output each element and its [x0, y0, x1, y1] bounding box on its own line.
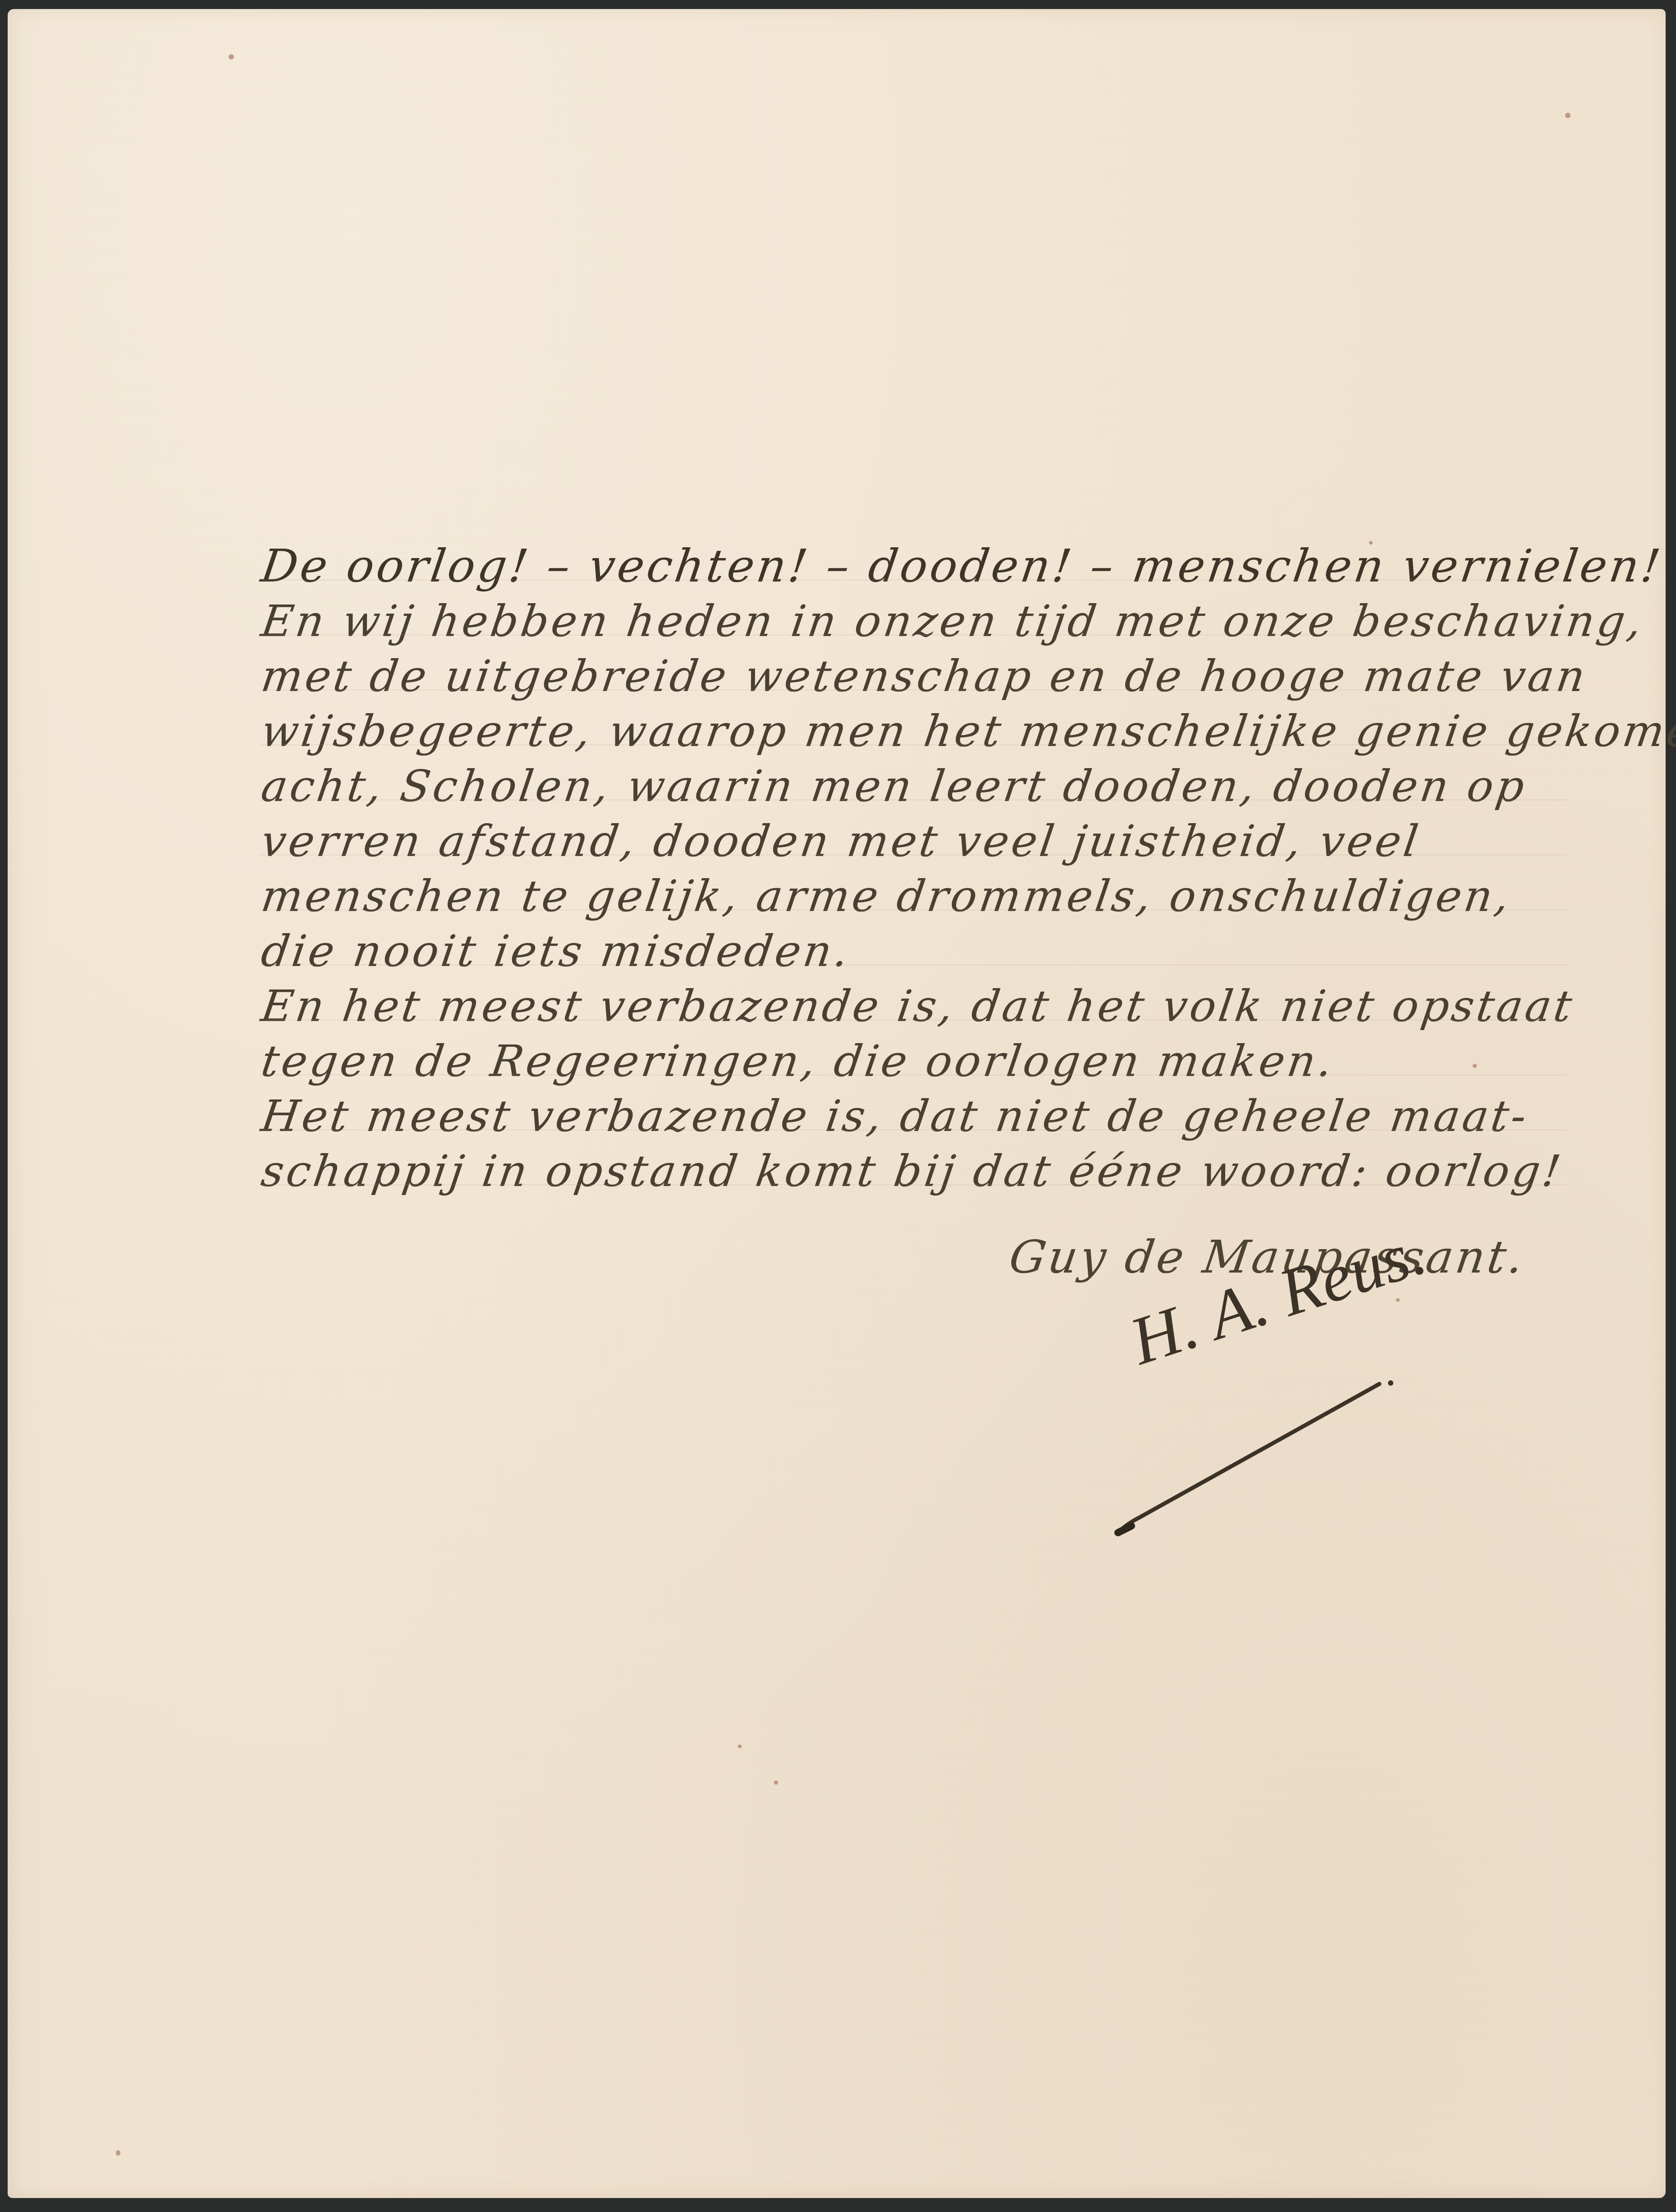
text-line-12: schappij in opstand komt bij dat ééne wo…	[258, 1144, 1573, 1199]
line-text: schappij in opstand komt bij dat ééne wo…	[258, 1146, 1566, 1196]
text-line-9: En het meest verbazende is, dat het volk…	[258, 979, 1573, 1034]
signature-underline-flourish-icon	[1113, 1375, 1402, 1537]
ruled-line	[260, 1020, 1567, 1020]
text-line-3: met de uitgebreide wetenschap en de hoog…	[258, 649, 1573, 704]
line-text: verren afstand, dooden met veel juisthei…	[258, 816, 1424, 866]
text-line-6: verren afstand, dooden met veel juisthei…	[258, 814, 1573, 869]
foxing-spot	[1396, 1298, 1400, 1302]
line-text: met de uitgebreide wetenschap en de hoog…	[258, 651, 1591, 701]
text-line-7: menschen te gelijk, arme drommels, onsch…	[258, 869, 1573, 924]
text-line-10: tegen de Regeeringen, die oorlogen maken…	[258, 1034, 1573, 1089]
line-text: acht, Scholen, waarin men leert dooden, …	[258, 761, 1530, 811]
line-text: die nooit iets misdeden.	[258, 926, 854, 976]
ruled-line	[260, 910, 1567, 910]
foxing-spot	[116, 2150, 120, 2156]
foxing-spot	[1565, 113, 1571, 118]
ruled-line	[260, 690, 1567, 690]
ruled-line	[260, 1075, 1567, 1075]
text-line-4: wijsbegeerte, waarop men het menschelijk…	[258, 704, 1573, 759]
ruled-line	[260, 635, 1567, 635]
ruled-line	[260, 1185, 1567, 1185]
text-line-2: En wij hebben heden in onzen tijd met on…	[258, 594, 1573, 649]
line-text: Het meest verbazende is, dat niet de geh…	[258, 1091, 1532, 1141]
line-text: En wij hebben heden in onzen tijd met on…	[258, 596, 1648, 646]
ruled-line	[260, 1130, 1567, 1130]
line-text: En het meest verbazende is, dat het volk…	[258, 981, 1578, 1031]
line-text: De oorlog! – vechten! – dooden! – mensch…	[258, 540, 1676, 592]
foxing-spot	[738, 1745, 742, 1748]
ruled-line	[260, 745, 1567, 745]
text-line-1: De oorlog! – vechten! – dooden! – mensch…	[258, 539, 1573, 594]
line-text: tegen de Regeeringen, die oorlogen maken…	[258, 1036, 1338, 1086]
foxing-spot	[229, 54, 234, 60]
line-text: wijsbegeerte, waarop men het menschelijk…	[258, 706, 1676, 756]
ruled-line	[260, 855, 1567, 855]
ruled-line	[260, 580, 1567, 580]
text-line-8: die nooit iets misdeden.	[258, 924, 1573, 979]
letter-body: De oorlog! – vechten! – dooden! – mensch…	[258, 539, 1565, 1199]
text-line-5: acht, Scholen, waarin men leert dooden, …	[258, 759, 1573, 814]
ruled-line	[260, 965, 1567, 965]
line-text: menschen te gelijk, arme drommels, onsch…	[258, 871, 1515, 921]
foxing-spot	[774, 1781, 778, 1785]
text-line-11: Het meest verbazende is, dat niet de geh…	[258, 1089, 1573, 1144]
ruled-line	[260, 800, 1567, 800]
